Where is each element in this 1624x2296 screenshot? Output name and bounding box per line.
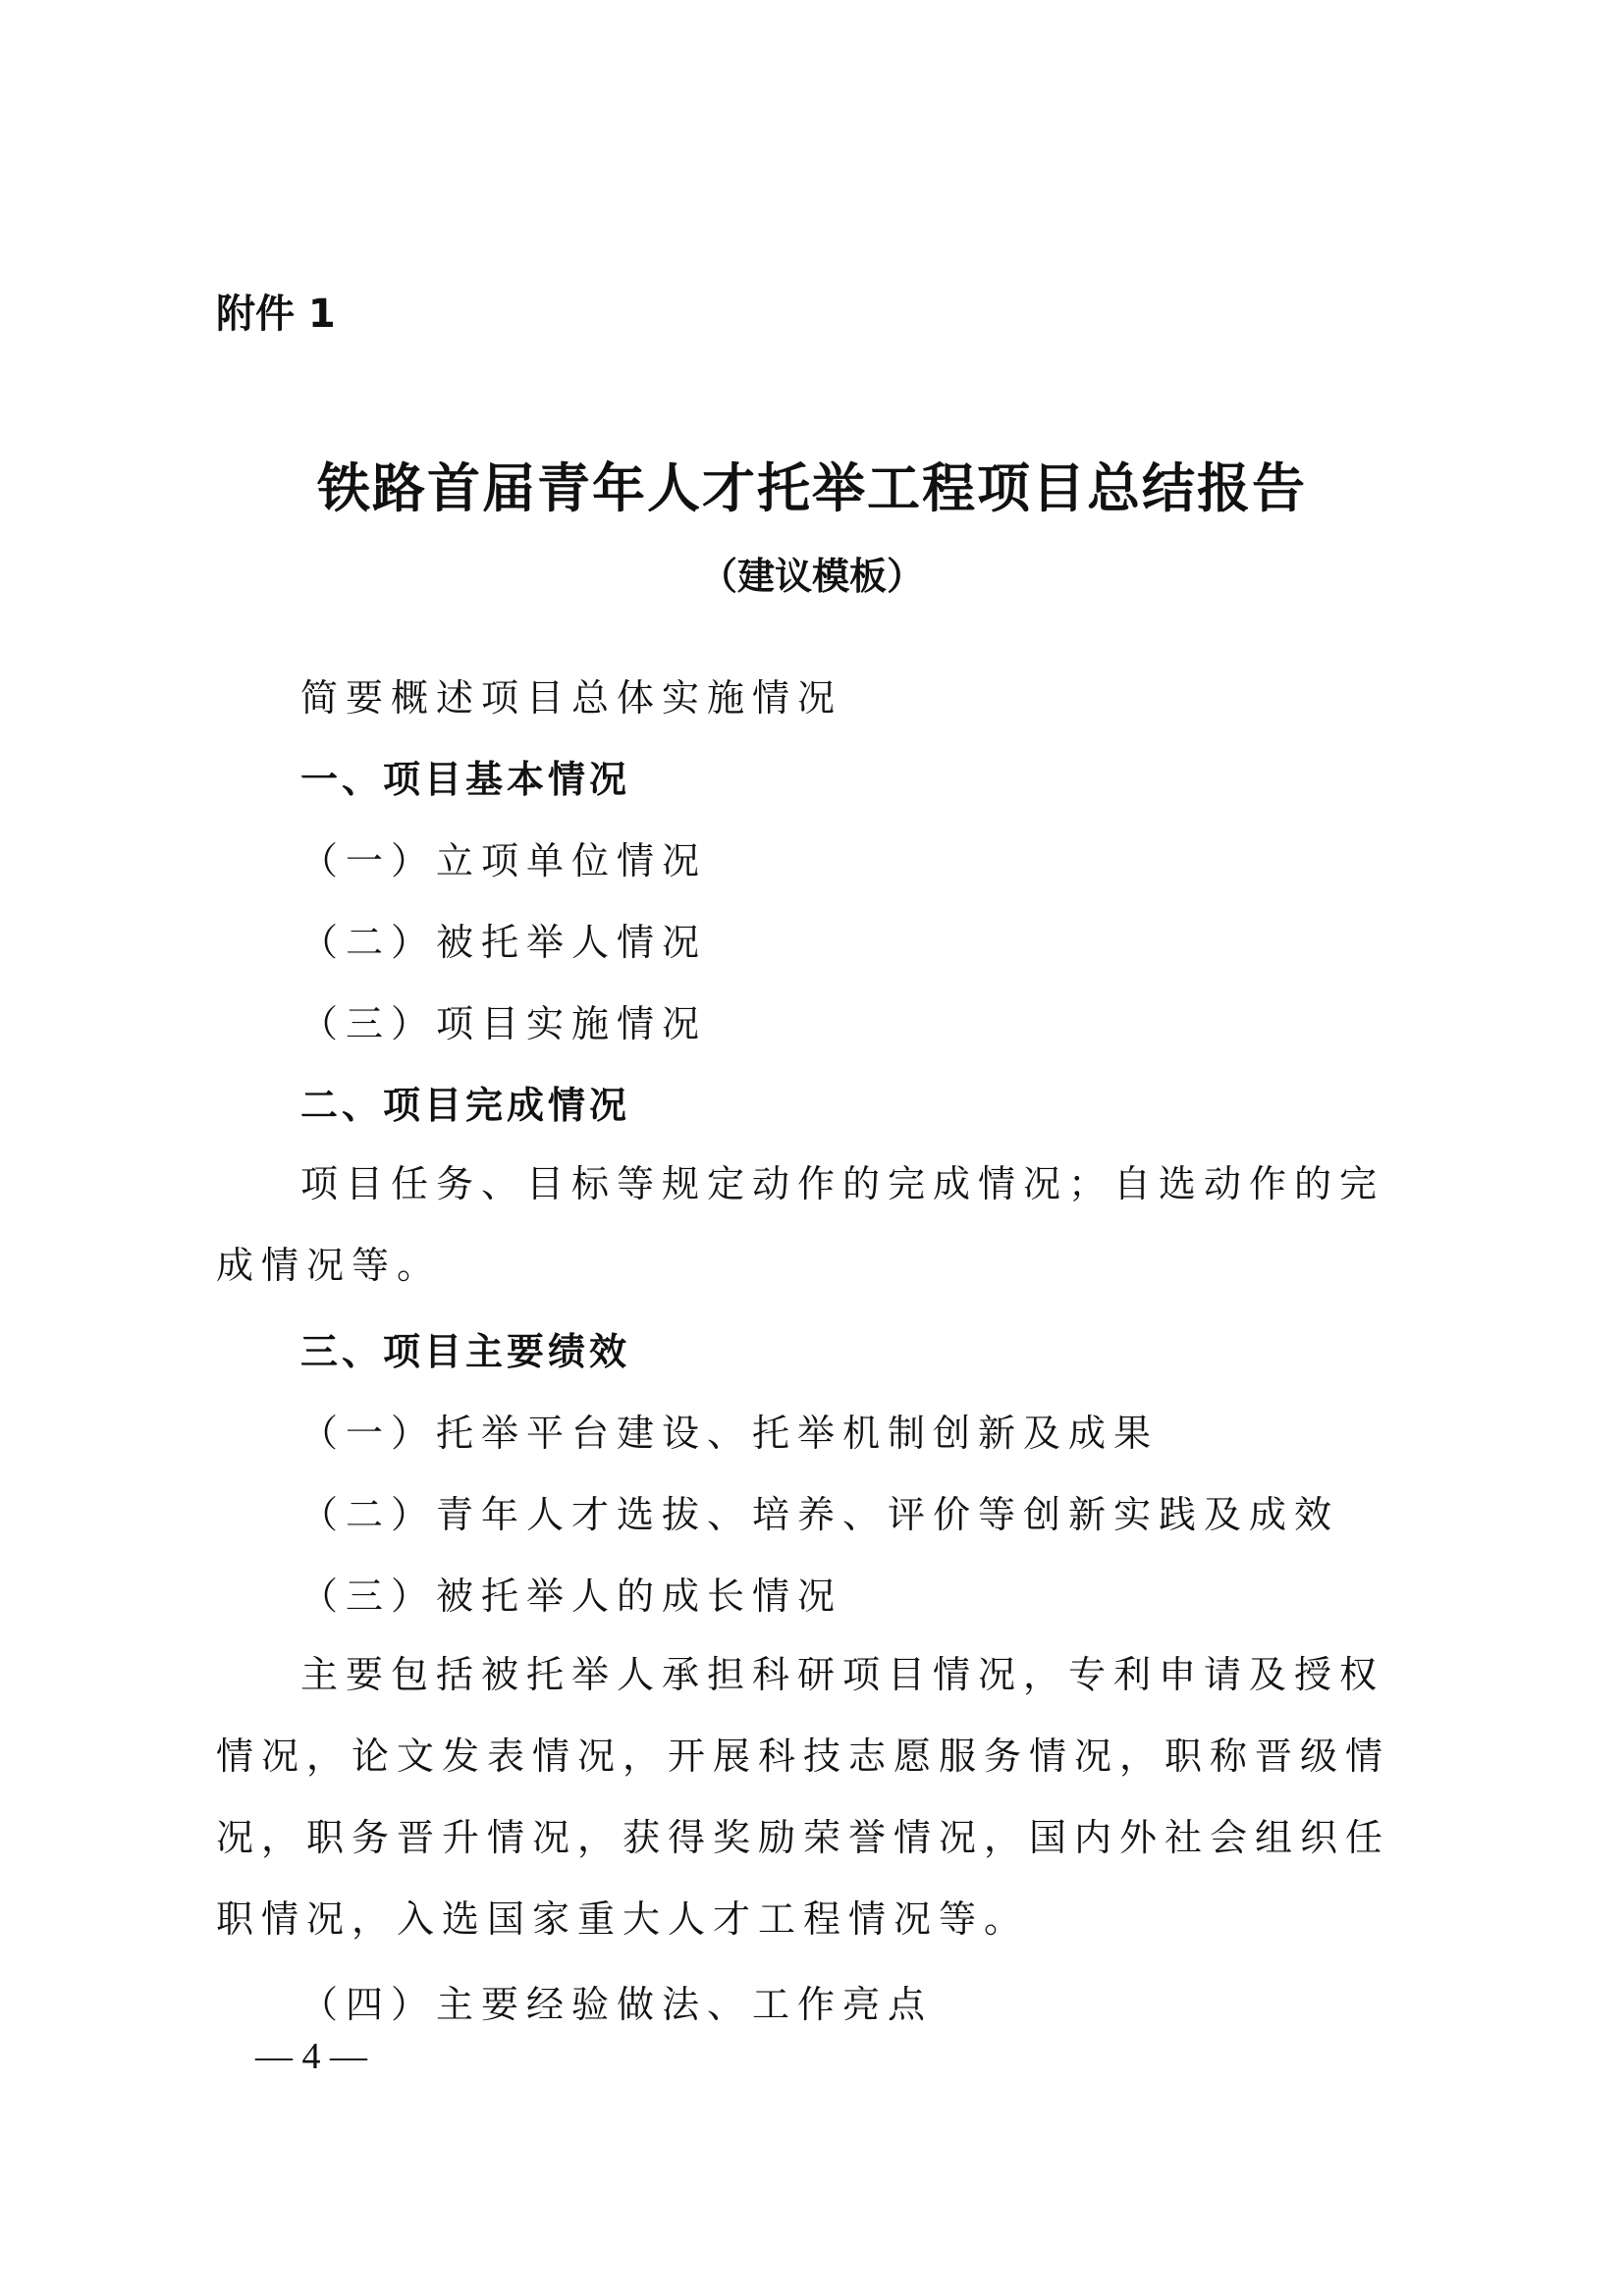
- page-number: — 4 —: [255, 2035, 367, 2078]
- document-title: 铁路首届青年人才托举工程项目总结报告: [0, 447, 1624, 522]
- section-3-item-2: （二）青年人才选拔、培养、评价等创新实践及成效: [300, 1484, 1339, 1538]
- document-subtitle: （建议模板）: [0, 546, 1624, 600]
- section-heading-1: 一、项目基本情况: [300, 749, 630, 803]
- section-2-paragraph: 项目任务、目标等规定动作的完成情况；自选动作的完成情况等。: [216, 1144, 1414, 1307]
- attachment-label: 附件 1: [216, 283, 336, 339]
- section-3-item-1: （一）托举平台建设、托举机制创新及成果: [300, 1403, 1159, 1457]
- section-3-paragraph: 主要包括被托举人承担科研项目情况，专利申请及授权情况，论文发表情况，开展科技志愿…: [216, 1634, 1414, 1960]
- section-1-item-1: （一）立项单位情况: [300, 830, 707, 884]
- section-3-item-3: （三）被托举人的成长情况: [300, 1566, 842, 1620]
- section-1-item-3: （三）项目实施情况: [300, 993, 707, 1047]
- section-heading-3: 三、项目主要绩效: [300, 1321, 630, 1375]
- section-1-item-2: （二）被托举人情况: [300, 912, 707, 966]
- section-heading-2: 二、项目完成情况: [300, 1075, 630, 1129]
- section-3-item-4: （四）主要经验做法、工作亮点: [300, 1974, 933, 2028]
- intro-text: 简要概述项目总体实施情况: [300, 667, 842, 721]
